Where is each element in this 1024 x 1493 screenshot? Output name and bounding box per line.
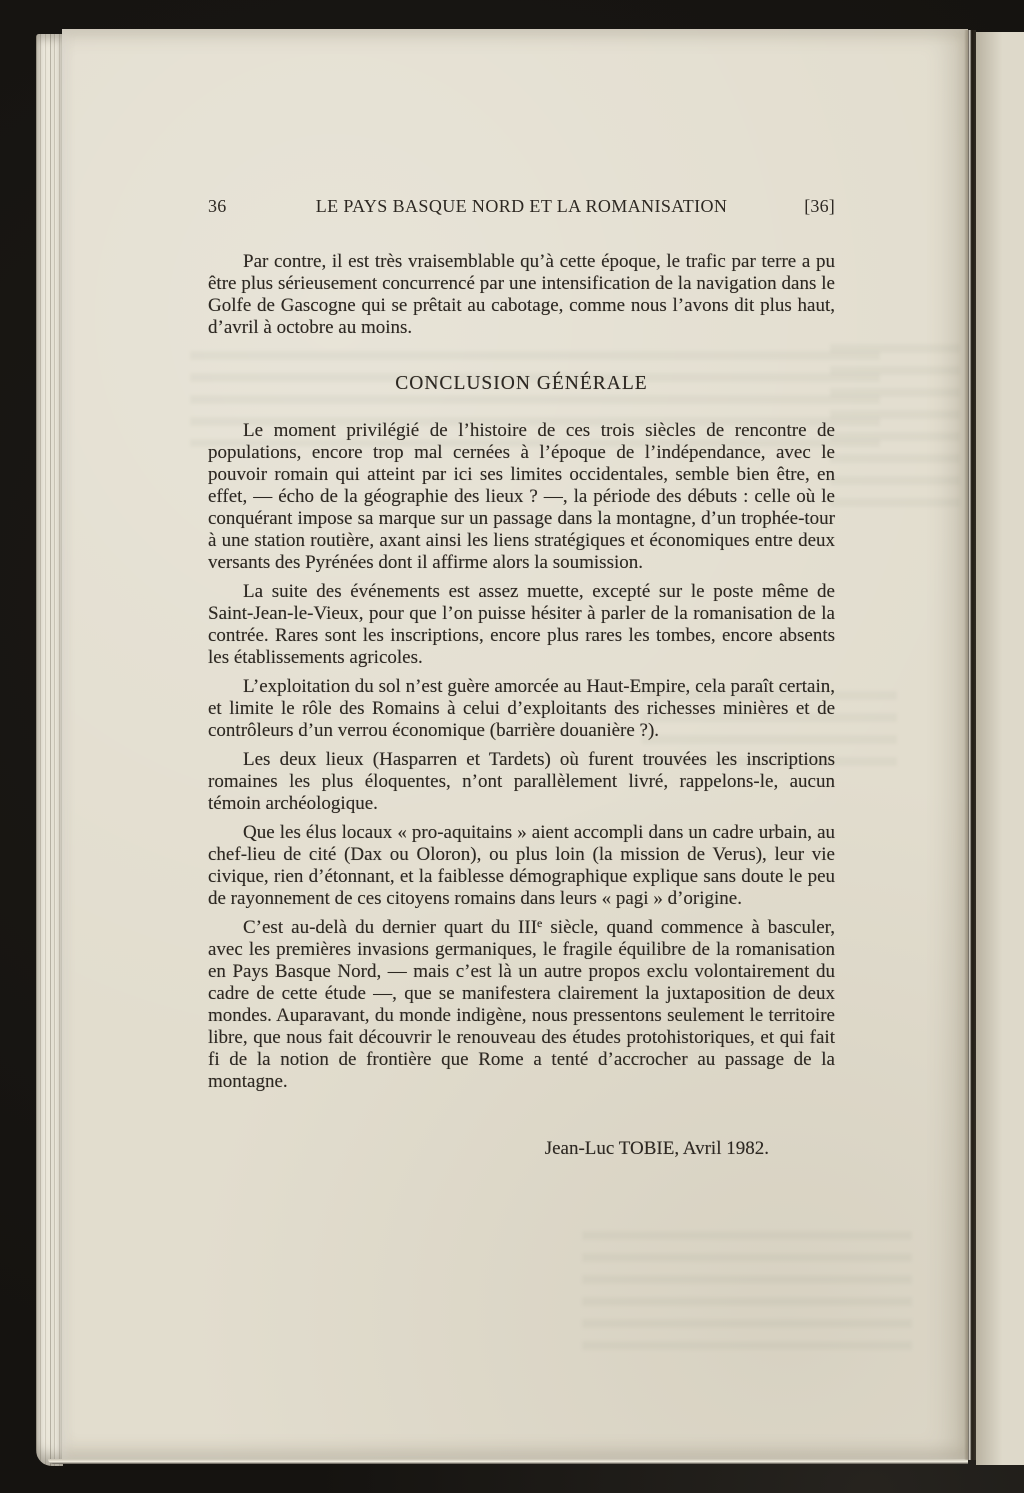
gutter-crease [964, 30, 976, 1460]
text-column: 36 LE PAYS BASQUE NORD ET LA ROMANISATIO… [208, 195, 835, 1160]
book-page: 36 LE PAYS BASQUE NORD ET LA ROMANISATIO… [62, 29, 968, 1459]
author-signature: Jean-Luc TOBIE, Avril 1982. [208, 1138, 835, 1160]
running-head: 36 LE PAYS BASQUE NORD ET LA ROMANISATIO… [208, 195, 835, 217]
paragraph-7-text-start: C’est au-delà du dernier quart du III [243, 917, 537, 938]
body-paragraph-2: Le moment privilégié de l’histoire de ce… [208, 420, 835, 574]
section-heading: CONCLUSION GÉNÉRALE [208, 373, 835, 395]
page-bottom-fore-edge [48, 1459, 968, 1464]
body-paragraph-5: Les deux lieux (Hasparren et Tardets) où… [208, 749, 835, 815]
ink-bleedthrough [582, 1231, 912, 1359]
ink-bleedthrough [830, 344, 960, 514]
page-stack-edges [36, 34, 63, 1466]
page-number-left: 36 [208, 195, 298, 217]
body-paragraph-1: Par contre, il est très vraisemblable qu… [208, 251, 835, 339]
body-paragraph-3: La suite des événements est assez muette… [208, 581, 835, 669]
body-paragraph-6: Que les élus locaux « pro-aquitains » ai… [208, 822, 835, 910]
page-number-bracketed: [36] [745, 195, 835, 217]
body-paragraph-7: C’est au-delà du dernier quart du IIIe s… [208, 917, 835, 1093]
paragraph-7-text-end: siècle, quand commence à basculer, avec … [208, 917, 835, 1092]
scan-background: 36 LE PAYS BASQUE NORD ET LA ROMANISATIO… [0, 0, 1024, 1493]
running-title: LE PAYS BASQUE NORD ET LA ROMANISATION [298, 195, 745, 217]
facing-page-edge [976, 32, 1024, 1465]
body-paragraph-4: L’exploitation du sol n’est guère amorcé… [208, 676, 835, 742]
